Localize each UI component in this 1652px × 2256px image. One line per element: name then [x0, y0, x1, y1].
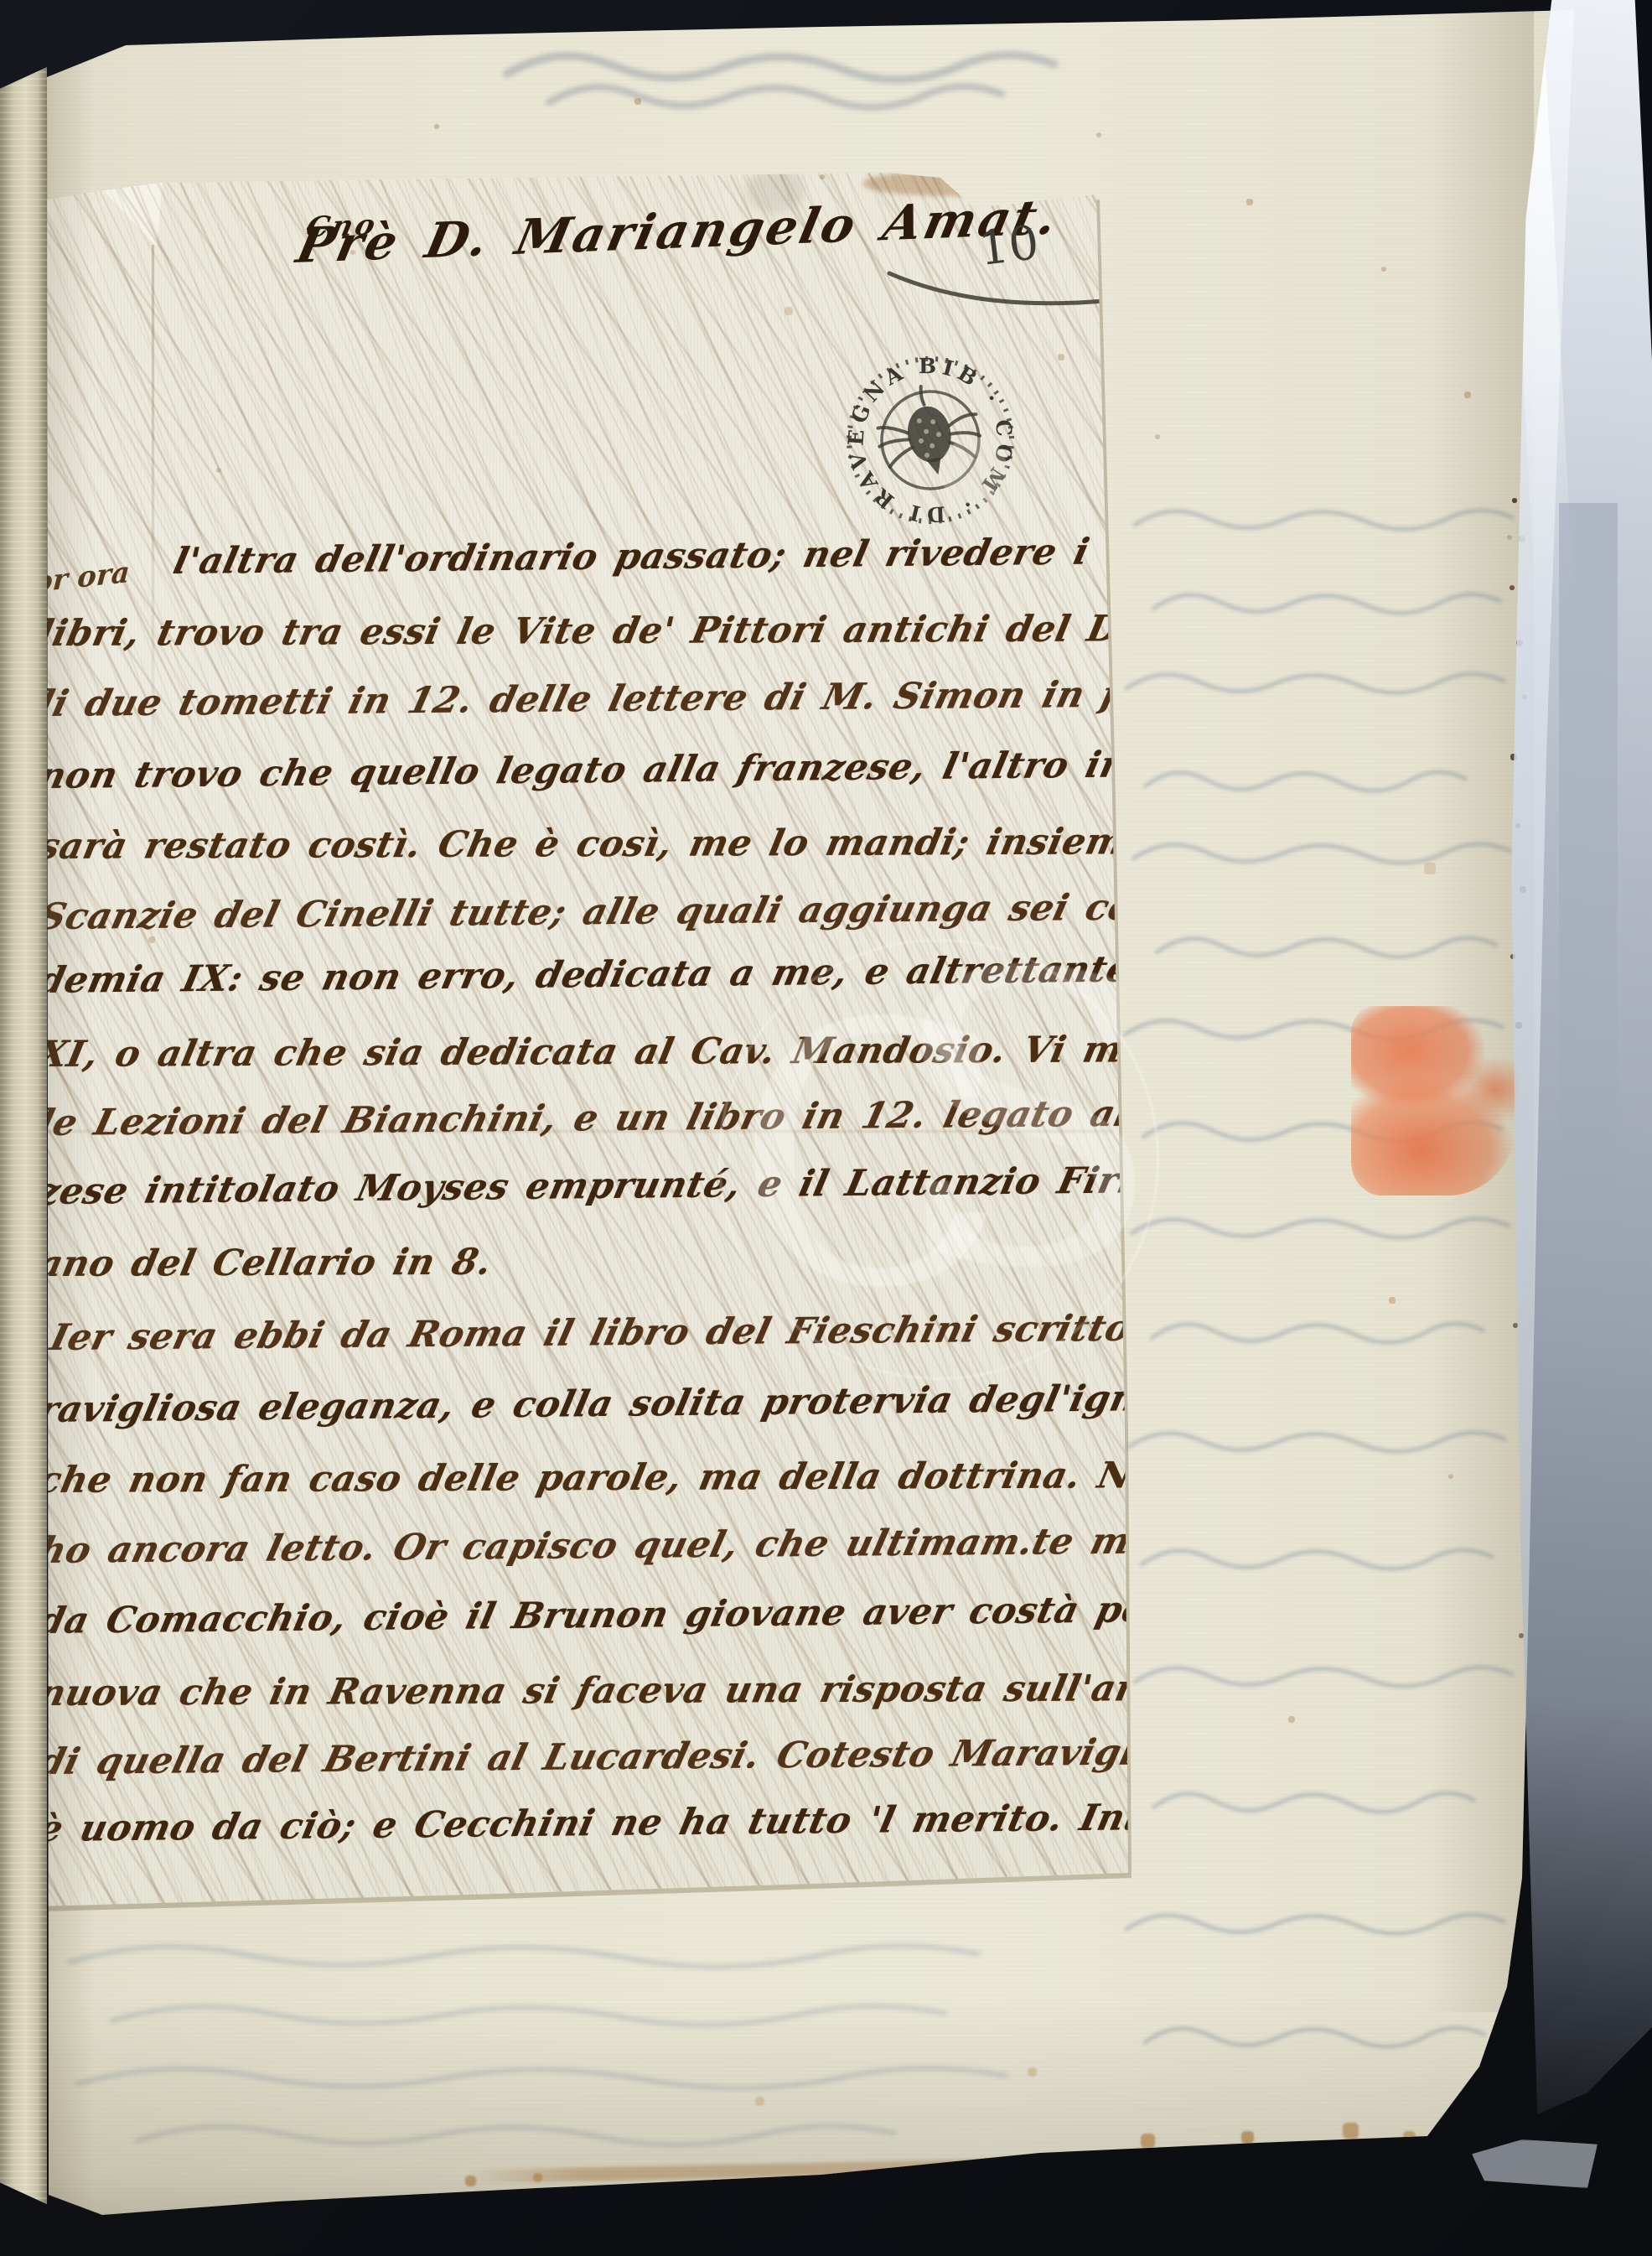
page-stack-edge [0, 67, 47, 2226]
ink-crumbs-page-edge [0, 0, 2, 2]
faint-top-inscription [499, 39, 1085, 122]
book-scan: Prè D. Mariangelo Amat.Cno or ora l'altr… [0, 0, 1652, 2256]
bottom-edge-shadow [0, 1995, 1652, 2247]
folio-flourish [884, 267, 1136, 314]
tissue-fragment-bottom [1472, 2139, 1598, 2188]
folio-number: 10 [976, 220, 1042, 273]
tissue-interleaf [1509, 0, 1652, 2180]
album-page: Prè D. Mariangelo Amat.Cno or ora l'altr… [0, 0, 1652, 2256]
library-stamp: BIB · COM · DI RAVEGNA · [828, 338, 1032, 542]
